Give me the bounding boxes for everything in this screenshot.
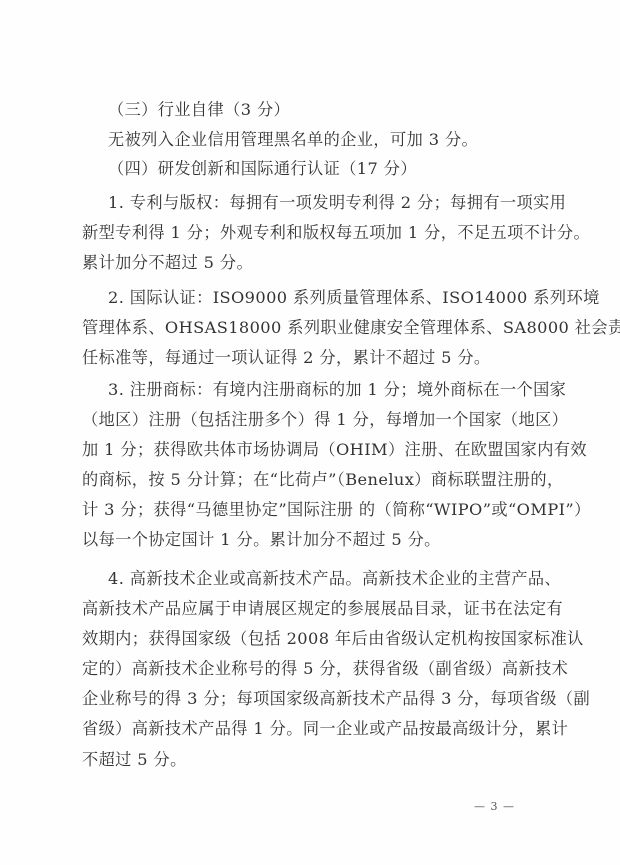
- document-page: （三）行业自律（3 分） 无被列入企业信用管理黑名单的企业，可加 3 分。 （四…: [0, 0, 620, 865]
- item-4-line-3: 效期内；获得国家级（包括 2008 年后由省级认定机构按国家标准认: [82, 629, 542, 649]
- item-4-line-5: 企业称号的得 3 分；每项国家级高新技术产品得 3 分，每项省级（副: [82, 689, 542, 709]
- item-2-line-2: 管理体系、OHSAS18000 系列职业健康安全管理体系、SA8000 社会责: [82, 318, 542, 338]
- item-1-line-2: 新型专利得 1 分；外观专利和版权每五项加 1 分，不足五项不计分。: [82, 223, 542, 243]
- section-heading-industry-self-discipline: （三）行业自律（3 分）: [108, 100, 568, 120]
- item-3-line-1: 3. 注册商标：有境内注册商标的加 1 分；境外商标在一个国家: [108, 380, 568, 400]
- item-4-line-6: 省级）高新技术产品得 1 分。同一企业或产品按最高级计分，累计: [82, 719, 542, 739]
- item-2-line-3: 任标准等，每通过一项认证得 2 分，累计不超过 5 分。: [82, 348, 542, 368]
- item-4-line-1: 4. 高新技术企业或高新技术产品。高新技术企业的主营产品、: [108, 569, 568, 589]
- item-4-line-2: 高新技术产品应属于申请展区规定的参展展品目录，证书在法定有: [82, 599, 542, 619]
- page-number: — 3 —: [474, 800, 515, 813]
- section-heading-rd-innovation-certification: （四）研发创新和国际通行认证（17 分）: [108, 159, 568, 179]
- paragraph-line: 无被列入企业信用管理黑名单的企业，可加 3 分。: [108, 130, 568, 150]
- item-1-line-1: 1. 专利与版权：每拥有一项发明专利得 2 分；每拥有一项实用: [108, 193, 568, 213]
- item-1-line-3: 累计加分不超过 5 分。: [82, 253, 542, 273]
- item-3-line-5: 计 3 分；获得“马德里协定”国际注册 的（简称“WIPO”或“OMPI”）: [82, 500, 542, 520]
- item-2-line-1: 2. 国际认证：ISO9000 系列质量管理体系、ISO14000 系列环境: [108, 288, 568, 308]
- item-3-line-3: 加 1 分；获得欧共体市场协调局（OHIM）注册、在欧盟国家内有效: [82, 440, 542, 460]
- item-3-line-4: 的商标，按 5 分计算；在“比荷卢”（Benelux）商标联盟注册的，: [82, 470, 542, 490]
- item-4-line-7: 不超过 5 分。: [82, 750, 542, 770]
- item-3-line-2: （地区）注册（包括注册多个）得 1 分，每增加一个国家（地区）: [82, 410, 542, 430]
- item-4-line-4: 定的）高新技术企业称号的得 5 分，获得省级（副省级）高新技术: [82, 659, 542, 679]
- item-3-line-6: 以每一个协定国计 1 分。累计加分不超过 5 分。: [82, 530, 542, 550]
